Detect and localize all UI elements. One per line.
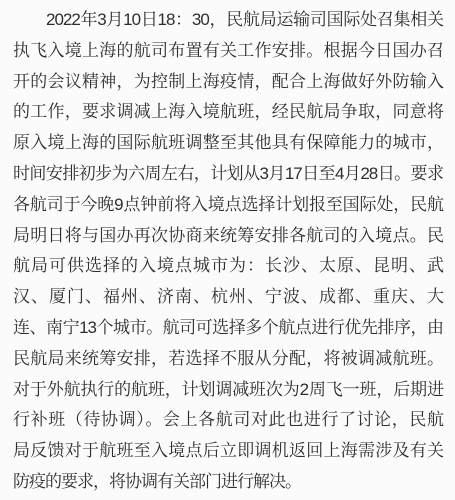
paragraph-line: 2022年3月10日18：30，民航局运输司国际处召集相关 bbox=[13, 5, 443, 36]
paragraph-line: 各航司于今晚9点钟前将入境点选择计划报至国际处，民航 bbox=[13, 190, 443, 221]
paragraph-line: 时间安排初步为六周左右，计划从3月17日至4月28日。要求 bbox=[13, 159, 443, 190]
paragraph-line: 原入境上海的国际航班调整至其他具有保障能力的城市， bbox=[13, 128, 443, 159]
document-page: 2022年3月10日18：30，民航局运输司国际处召集相关 执飞入境上海的航司布… bbox=[0, 0, 455, 500]
paragraph-line: 对于外航执行的航班，计划调减班次为2周飞一班，后期进 bbox=[13, 375, 443, 406]
paragraph-line: 局明日将与国办再次协商来统筹安排各航司的入境点。民 bbox=[13, 221, 443, 252]
paragraph-line: 汉、厦门、福州、济南、杭州、宁波、成都、重庆、大 bbox=[13, 282, 443, 313]
paragraph-line: 民航局来统筹安排，若选择不服从分配，将被调减航班。 bbox=[13, 344, 443, 375]
paragraph-line: 执飞入境上海的航司布置有关工作安排。根据今日国办召 bbox=[13, 36, 443, 67]
paragraph-line: 连、南宁13个城市。航司可选择多个航点进行优先排序，由 bbox=[13, 313, 443, 344]
paragraph-line: 局反馈对于航班至入境点后立即调机返回上海需涉及有关 bbox=[13, 436, 443, 467]
paragraph-line: 的工作，要求调减上海入境航班，经民航局争取，同意将 bbox=[13, 97, 443, 128]
paragraph-line: 防疫的要求，将协调有关部门进行解决。 bbox=[13, 467, 443, 498]
paragraph-line: 开的会议精神，为控制上海疫情，配合上海做好外防输入 bbox=[13, 67, 443, 98]
paragraph-line: 航局可供选择的入境点城市为：长沙、太原、昆明、武 bbox=[13, 251, 443, 282]
paragraph-line: 行补班（待协调）。会上各航司对此也进行了讨论，民航 bbox=[13, 405, 443, 436]
